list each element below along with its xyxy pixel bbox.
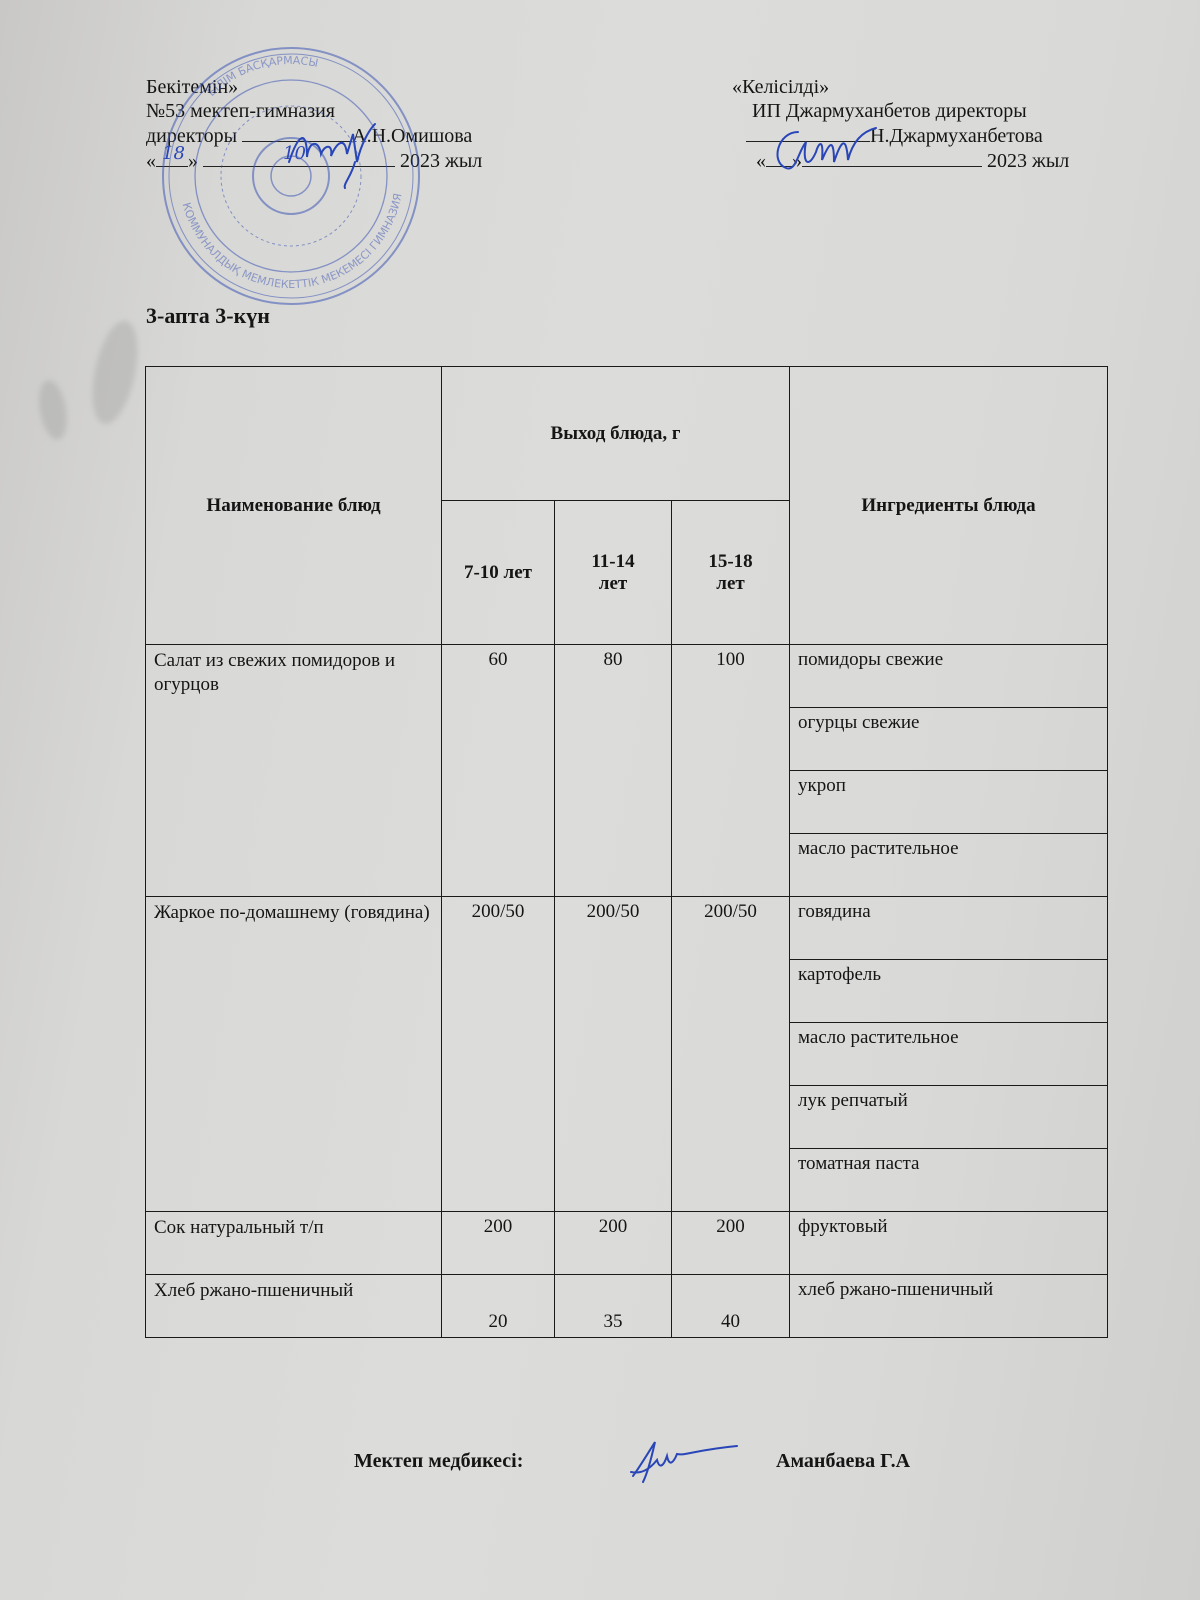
month-blank	[802, 148, 982, 167]
director-line: директоры А.Н.Омишова	[146, 123, 482, 148]
ingredient: укроп	[790, 771, 1108, 834]
ingredient: томатная паста	[790, 1149, 1108, 1212]
portion-11-14: 200/50	[555, 897, 672, 1212]
agreed-label: «Келісілді»	[732, 75, 1069, 99]
dish-name: Сок натуральный т/п	[146, 1212, 442, 1275]
nurse-signature	[625, 1438, 745, 1488]
menu-table: Наименование блюд Выход блюда, г Ингреди…	[145, 366, 1108, 1338]
nurse-label: Мектеп медбикесі:	[354, 1450, 523, 1473]
day-blank: 18	[156, 148, 188, 167]
dish-name: Салат из свежих помидоров и огурцов	[146, 645, 442, 897]
svg-text:КОММУНАЛДЫҚ МЕМЛЕКЕТТІК МЕКЕМЕ: КОММУНАЛДЫҚ МЕМЛЕКЕТТІК МЕКЕМЕСІ ГИМНАЗИ…	[180, 192, 405, 291]
portion-11-14: 35	[555, 1275, 672, 1338]
month-blank: 10	[203, 148, 395, 167]
page-title: 3-апта 3-күн	[146, 303, 270, 329]
portion-11-14: 80	[555, 645, 672, 897]
approval-block-right: «Келісілді» ИП Джармуханбетов директоры …	[746, 75, 1069, 173]
portion-15-18: 200/50	[672, 897, 790, 1212]
approval-label: Бекітемін»	[146, 75, 482, 99]
ingredient: лук репчатый	[790, 1086, 1108, 1149]
table-row: Сок натуральный т/п 200 200 200 фруктовы…	[146, 1212, 1108, 1275]
approval-block-left: Бекітемін» №53 мектеп-гимназия директоры…	[146, 75, 482, 173]
company-director-line: Н.Джармуханбетова	[746, 123, 1069, 148]
ingredient: фруктовый	[790, 1212, 1108, 1275]
table-row: Жаркое по-домашнему (говядина) 200/50 20…	[146, 897, 1108, 960]
fingerprint-smudge	[35, 378, 71, 442]
director-name: А.Н.Омишова	[352, 125, 472, 147]
portion-7-10: 200/50	[442, 897, 555, 1212]
signature-blank	[242, 123, 352, 142]
handwritten-day: 18	[162, 142, 185, 166]
year: 2023 жыл	[400, 150, 482, 172]
ingredient: огурцы свежие	[790, 708, 1108, 771]
portion-7-10: 200	[442, 1212, 555, 1275]
dish-name: Жаркое по-домашнему (говядина)	[146, 897, 442, 1212]
portion-11-14: 200	[555, 1212, 672, 1275]
year: 2023 жыл	[987, 150, 1069, 172]
ingredient: помидоры свежие	[790, 645, 1108, 708]
ingredient: масло растительное	[790, 1023, 1108, 1086]
table-row: Салат из свежих помидоров и огурцов 60 8…	[146, 645, 1108, 708]
ingredient: картофель	[790, 960, 1108, 1023]
nurse-name: Аманбаева Г.А	[776, 1450, 910, 1473]
header-dish-name: Наименование блюд	[146, 367, 442, 645]
date-line: «» 2023 жыл	[756, 148, 1069, 173]
ingredient: масло растительное	[790, 834, 1108, 897]
signature-blank	[746, 123, 870, 142]
dish-name: Хлеб ржано-пшеничный	[146, 1275, 442, 1338]
header-ingredients: Ингредиенты блюда	[790, 367, 1108, 645]
school-name: №53 мектеп-гимназия	[146, 99, 482, 123]
portion-15-18: 40	[672, 1275, 790, 1338]
ingredient: говядина	[790, 897, 1108, 960]
header-age-11-14: 11-14 лет	[555, 501, 672, 645]
date-line: «18» 10 2023 жыл	[146, 148, 482, 173]
day-blank	[766, 148, 792, 167]
portion-15-18: 100	[672, 645, 790, 897]
table-row: Хлеб ржано-пшеничный 20 35 40 хлеб ржано…	[146, 1275, 1108, 1338]
handwritten-month: 10	[283, 142, 306, 166]
portion-15-18: 200	[672, 1212, 790, 1275]
fingerprint-smudge	[85, 317, 146, 428]
header-output: Выход блюда, г	[442, 367, 790, 501]
ingredient: хлеб ржано-пшеничный	[790, 1275, 1108, 1338]
header-age-15-18: 15-18 лет	[672, 501, 790, 645]
company-director: ИП Джармуханбетов директоры	[752, 99, 1069, 123]
portion-7-10: 20	[442, 1275, 555, 1338]
header-age-7-10: 7-10 лет	[442, 501, 555, 645]
portion-7-10: 60	[442, 645, 555, 897]
company-director-name: Н.Джармуханбетова	[870, 125, 1043, 147]
